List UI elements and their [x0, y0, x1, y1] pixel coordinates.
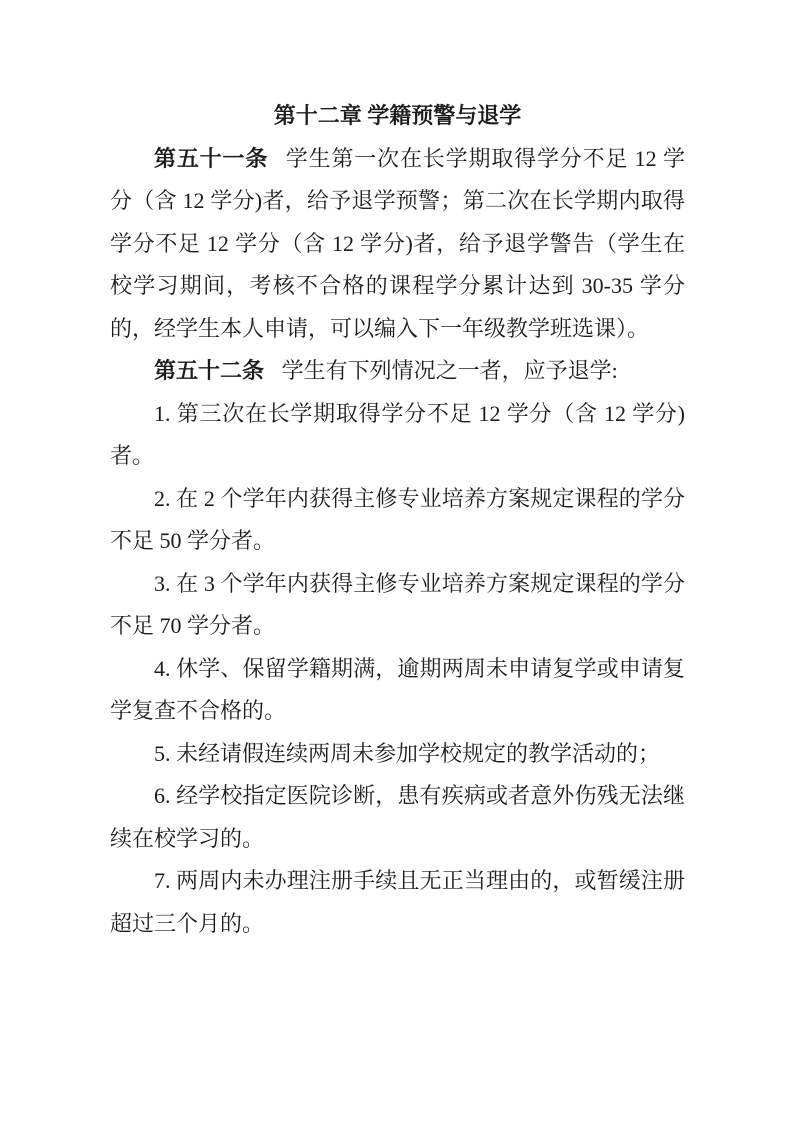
article-52-item-3: 3. 在 3 个学年内获得主修专业培养方案规定课程的学分不足 70 学分者。	[110, 563, 685, 648]
chapter-title: 第十二章 学籍预警与退学	[110, 95, 685, 138]
article-52-item-1: 1. 第三次在长学期取得学分不足 12 学分（含 12 学分)者。	[110, 393, 685, 478]
article-51-text: 学生第一次在长学期取得学分不足 12 学分（含 12 学分)者，给予退学预警；第…	[110, 146, 685, 341]
article-52-intro: 学生有下列情况之一者，应予退学:	[282, 358, 618, 383]
article-52-item-2: 2. 在 2 个学年内获得主修专业培养方案规定课程的学分不足 50 学分者。	[110, 478, 685, 563]
article-52-label: 第五十二条	[154, 358, 264, 383]
article-52-item-7: 7. 两周内未办理注册手续且无正当理由的，或暂缓注册超过三个月的。	[110, 860, 685, 945]
article-51-paragraph: 第五十一条学生第一次在长学期取得学分不足 12 学分（含 12 学分)者，给予退…	[110, 138, 685, 351]
document-page: 第十二章 学籍预警与退学 第五十一条学生第一次在长学期取得学分不足 12 学分（…	[0, 0, 794, 1123]
article-51-label: 第五十一条	[154, 146, 268, 171]
article-52-item-5: 5. 未经请假连续两周未参加学校规定的教学活动的；	[110, 733, 685, 776]
article-52-paragraph: 第五十二条学生有下列情况之一者，应予退学:	[110, 350, 685, 393]
article-52-item-6: 6. 经学校指定医院诊断，患有疾病或者意外伤残无法继续在校学习的。	[110, 775, 685, 860]
document-content: 第十二章 学籍预警与退学 第五十一条学生第一次在长学期取得学分不足 12 学分（…	[110, 95, 685, 945]
article-52-item-4: 4. 休学、保留学籍期满，逾期两周未申请复学或申请复学复查不合格的。	[110, 648, 685, 733]
